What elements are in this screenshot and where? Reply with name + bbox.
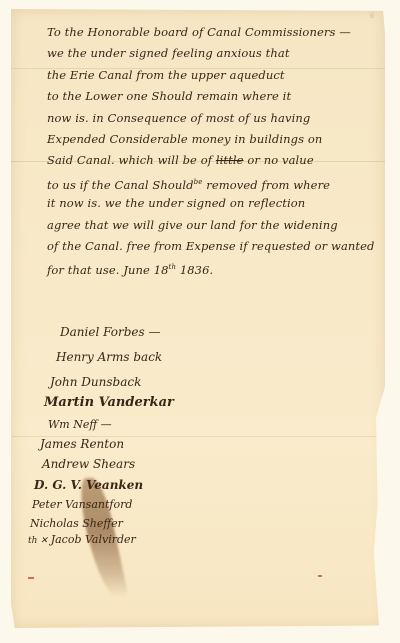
signature-4: Martin Vanderkar [44, 395, 174, 410]
line-12-text: for that use. June 18 [47, 263, 169, 277]
signature-5: Wm Neff — [48, 418, 112, 431]
document-viewer: 6 To the Honorable board of Canal Commis… [0, 0, 400, 643]
signature-9: Peter Vansantford [32, 498, 132, 511]
body-line-8: to us if the Canal Shouldbe removed from… [47, 172, 387, 193]
body-line-2: we the under signed feeling anxious that [47, 43, 387, 64]
body-line-12: for that use. June 18th 1836. [47, 257, 387, 278]
body-line-4: to the Lower one Should remain where it [47, 86, 387, 107]
page-number: 6 [370, 12, 374, 20]
signature-11-name: Jacob Valvirder [51, 533, 136, 546]
line-8-text: to us if the Canal Should [47, 178, 194, 192]
body-line-9: it now is. we the under signed on reflec… [47, 193, 387, 214]
line-7-tail: or no value [244, 153, 314, 167]
struck-word: little [216, 153, 244, 167]
signature-1: Daniel Forbes — [60, 325, 160, 339]
body-line-6: Expended Considerable money in buildings… [47, 129, 387, 150]
line-7-text: Said Canal. which will be of [47, 153, 212, 167]
mark-prefix: th ✕ [28, 536, 51, 546]
date-superscript: th [169, 263, 177, 271]
body-line-5: now is. in Consequence of most of us hav… [47, 108, 387, 129]
signature-6: James Renton [40, 437, 124, 451]
signature-8: D. G. V. Veanken [34, 478, 143, 492]
signature-10: Nicholas Sheffer [30, 517, 123, 530]
signature-7: Andrew Shears [42, 457, 135, 471]
date-year: 1836. [176, 263, 213, 277]
body-line-7: Said Canal. which will be of little or n… [47, 150, 387, 171]
signature-3: John Dunsback [50, 375, 141, 389]
body-line-3: the Erie Canal from the upper aqueduct [47, 65, 387, 86]
line-8-tail: removed from where [202, 178, 330, 192]
petition-body: To the Honorable board of Canal Commissi… [47, 22, 387, 279]
body-line-1: To the Honorable board of Canal Commissi… [47, 22, 387, 43]
signature-11: th ✕ Jacob Valvirder [28, 533, 136, 546]
signature-2: Henry Arms back [56, 350, 162, 364]
red-mark-right [318, 575, 322, 577]
red-mark-left [28, 577, 34, 579]
body-line-10: agree that we will give our land for the… [47, 215, 387, 236]
body-line-11: of the Canal. free from Expense if reque… [47, 236, 387, 257]
